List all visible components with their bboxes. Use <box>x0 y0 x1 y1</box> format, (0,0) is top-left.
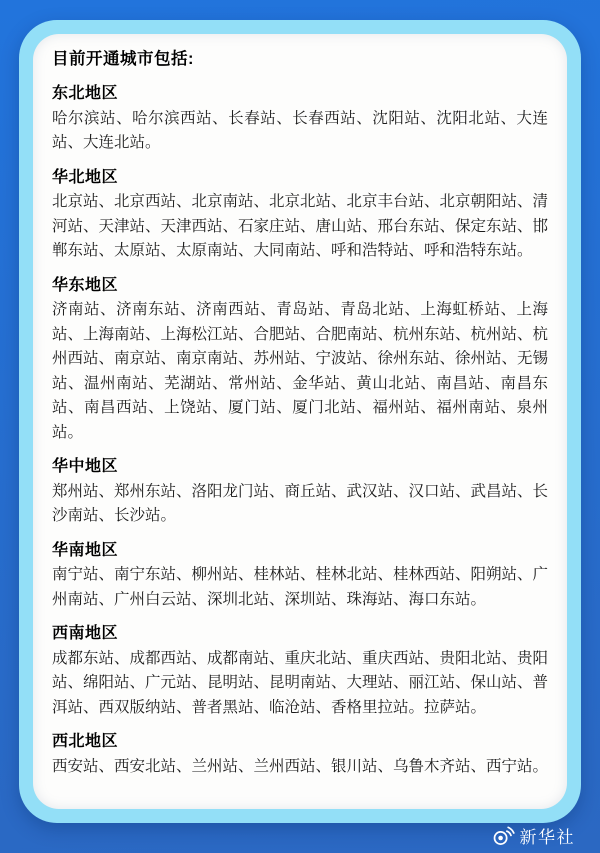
publisher-name: 新华社 <box>520 823 576 848</box>
weibo-icon <box>492 825 515 846</box>
region-east: 华东地区 济南站、济南东站、济南西站、青岛站、青岛北站、上海虹桥站、上海站、上海… <box>52 274 548 446</box>
region-heading: 西南地区 <box>52 622 548 647</box>
region-heading: 西北地区 <box>52 730 548 755</box>
card-title: 目前开通城市包括: <box>52 47 548 72</box>
station-list-card: 目前开通城市包括: 东北地区 哈尔滨站、哈尔滨西站、长春站、长春西站、沈阳站、沈… <box>33 34 567 809</box>
region-northwest: 西北地区 西安站、西安北站、兰州站、兰州西站、银川站、乌鲁木齐站、西宁站。 <box>52 730 548 779</box>
publisher-watermark: 新华社 <box>492 823 576 848</box>
region-station-list: 郑州站、郑州东站、洛阳龙门站、商丘站、武汉站、汉口站、武昌站、长沙南站、长沙站。 <box>52 480 548 529</box>
region-northeast: 东北地区 哈尔滨站、哈尔滨西站、长春站、长春西站、沈阳站、沈阳北站、大连站、大连… <box>52 82 548 156</box>
region-heading: 华东地区 <box>52 274 548 299</box>
region-station-list: 西安站、西安北站、兰州站、兰州西站、银川站、乌鲁木齐站、西宁站。 <box>52 755 548 780</box>
region-central: 华中地区 郑州站、郑州东站、洛阳龙门站、商丘站、武汉站、汉口站、武昌站、长沙南站… <box>52 455 548 529</box>
region-station-list: 成都东站、成都西站、成都南站、重庆北站、重庆西站、贵阳北站、贵阳站、绵阳站、广元… <box>52 647 548 721</box>
region-heading: 华北地区 <box>52 166 548 191</box>
region-heading: 华南地区 <box>52 539 548 564</box>
region-southwest: 西南地区 成都东站、成都西站、成都南站、重庆北站、重庆西站、贵阳北站、贵阳站、绵… <box>52 622 548 720</box>
light-blue-frame: 目前开通城市包括: 东北地区 哈尔滨站、哈尔滨西站、长春站、长春西站、沈阳站、沈… <box>19 20 581 823</box>
region-north: 华北地区 北京站、北京西站、北京南站、北京北站、北京丰台站、北京朝阳站、清河站、… <box>52 166 548 264</box>
region-station-list: 济南站、济南东站、济南西站、青岛站、青岛北站、上海虹桥站、上海站、上海南站、上海… <box>52 298 548 445</box>
region-station-list: 南宁站、南宁东站、柳州站、桂林站、桂林北站、桂林西站、阳朔站、广州南站、广州白云… <box>52 563 548 612</box>
region-heading: 华中地区 <box>52 455 548 480</box>
region-station-list: 哈尔滨站、哈尔滨西站、长春站、长春西站、沈阳站、沈阳北站、大连站、大连北站。 <box>52 107 548 156</box>
region-heading: 东北地区 <box>52 82 548 107</box>
region-station-list: 北京站、北京西站、北京南站、北京北站、北京丰台站、北京朝阳站、清河站、天津站、天… <box>52 190 548 264</box>
region-south: 华南地区 南宁站、南宁东站、柳州站、桂林站、桂林北站、桂林西站、阳朔站、广州南站… <box>52 539 548 613</box>
